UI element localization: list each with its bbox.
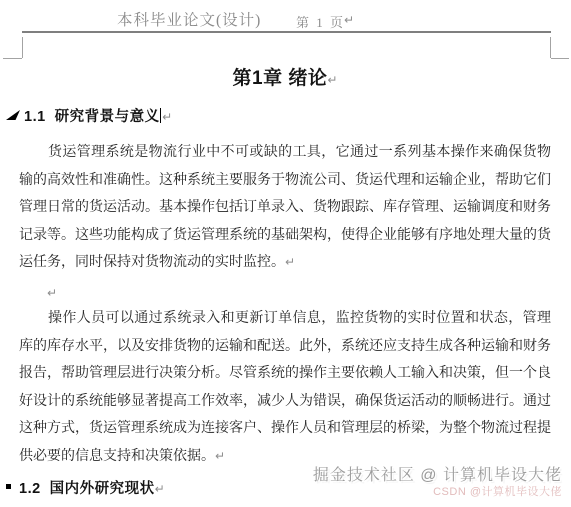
section-title[interactable]: 国内外研究现状	[50, 481, 155, 497]
empty-paragraph[interactable]: ↵	[47, 279, 57, 308]
text-line[interactable]: 库的库存水平，以及安排货物的运输和配送。此外，系统还应支持生成各种运输和财务	[19, 333, 551, 361]
watermark-sub-text: CSDN @计算机毕设大佬	[313, 486, 562, 498]
outline-bullet-icon[interactable]	[6, 484, 11, 489]
text-line[interactable]: 管理日常的货运活动。基本操作包括订单录入、货物跟踪、库存管理、运输调度和财务	[19, 194, 551, 222]
chapter-title[interactable]: 第1章 绪论↵	[19, 63, 551, 90]
text-line[interactable]: 记录等。这些功能构成了货运管理系统的基础架构，使得企业能够有序地处理大量的货	[19, 222, 551, 250]
text-line[interactable]: 运任务，同时保持对货物流动的实时监控。↵	[19, 249, 551, 277]
return-mark: ↵	[327, 73, 337, 87]
text-line[interactable]: 报告，帮助管理层进行决策分析。尽管系统的操作主要依赖人工输入和决策，但一个良	[19, 360, 551, 388]
section-title[interactable]: 研究背景与意义	[55, 109, 160, 125]
return-mark: ↵	[162, 110, 172, 124]
text-line[interactable]: 货运管理系统是物流行业中不可或缺的工具，它通过一系列基本操作来确保货物运	[19, 139, 551, 167]
return-mark: ↵	[215, 449, 225, 463]
text-line[interactable]: 供必要的信息支持和决策依据。↵	[19, 443, 551, 471]
text-cursor	[160, 108, 162, 123]
return-mark: ↵	[47, 286, 57, 300]
return-mark: ↵	[155, 482, 165, 496]
margin-crop-mark-left	[3, 58, 22, 59]
return-mark: ↵	[285, 255, 295, 269]
margin-crop-mark-right	[550, 37, 551, 58]
text-line[interactable]: 好设计的系统能够显著提高工作效率，减少人为错误，确保货运活动的顺畅进行。通过	[19, 388, 551, 416]
section-number[interactable]: 1.1	[24, 109, 46, 125]
header-page-number: 第 1 页	[296, 12, 345, 31]
chapter-title-text[interactable]: 第1章 绪论	[233, 68, 328, 89]
margin-crop-mark-left	[22, 37, 23, 58]
section-number[interactable]: 1.2	[19, 481, 41, 497]
document-page: 本科毕业论文(设计) 第 1 页 ↵ 第1章 绪论↵ 1.1研究背景与意义↵ 货…	[0, 0, 571, 507]
outline-collapse-icon[interactable]	[6, 110, 20, 120]
text-line[interactable]: 这种方式，货运管理系统成为连接客户、操作人员和管理层的桥梁，为整个物流过程提	[19, 415, 551, 443]
return-mark: ↵	[344, 13, 354, 27]
header-doc-title: 本科毕业论文(设计)	[117, 8, 261, 30]
watermark: 掘金技术社区 @ 计算机毕设大佬 CSDN @计算机毕设大佬	[313, 466, 562, 498]
text-line[interactable]: 输的高效性和准确性。这种系统主要服务于物流公司、货运代理和运输企业，帮助它们	[19, 167, 551, 195]
body-paragraph-1[interactable]: 货运管理系统是物流行业中不可或缺的工具，它通过一系列基本操作来确保货物运 输的高…	[19, 139, 551, 277]
header-rule	[22, 31, 551, 33]
section-heading-1-2[interactable]: 1.2国内外研究现状↵	[6, 477, 165, 498]
text-line[interactable]: 操作人员可以通过系统录入和更新订单信息，监控货物的实时位置和状态，管理仓	[19, 305, 551, 333]
body-paragraph-2[interactable]: 操作人员可以通过系统录入和更新订单信息，监控货物的实时位置和状态，管理仓 库的库…	[19, 305, 551, 471]
margin-crop-mark-right	[551, 58, 569, 59]
section-heading-1-1[interactable]: 1.1研究背景与意义↵	[6, 105, 172, 126]
